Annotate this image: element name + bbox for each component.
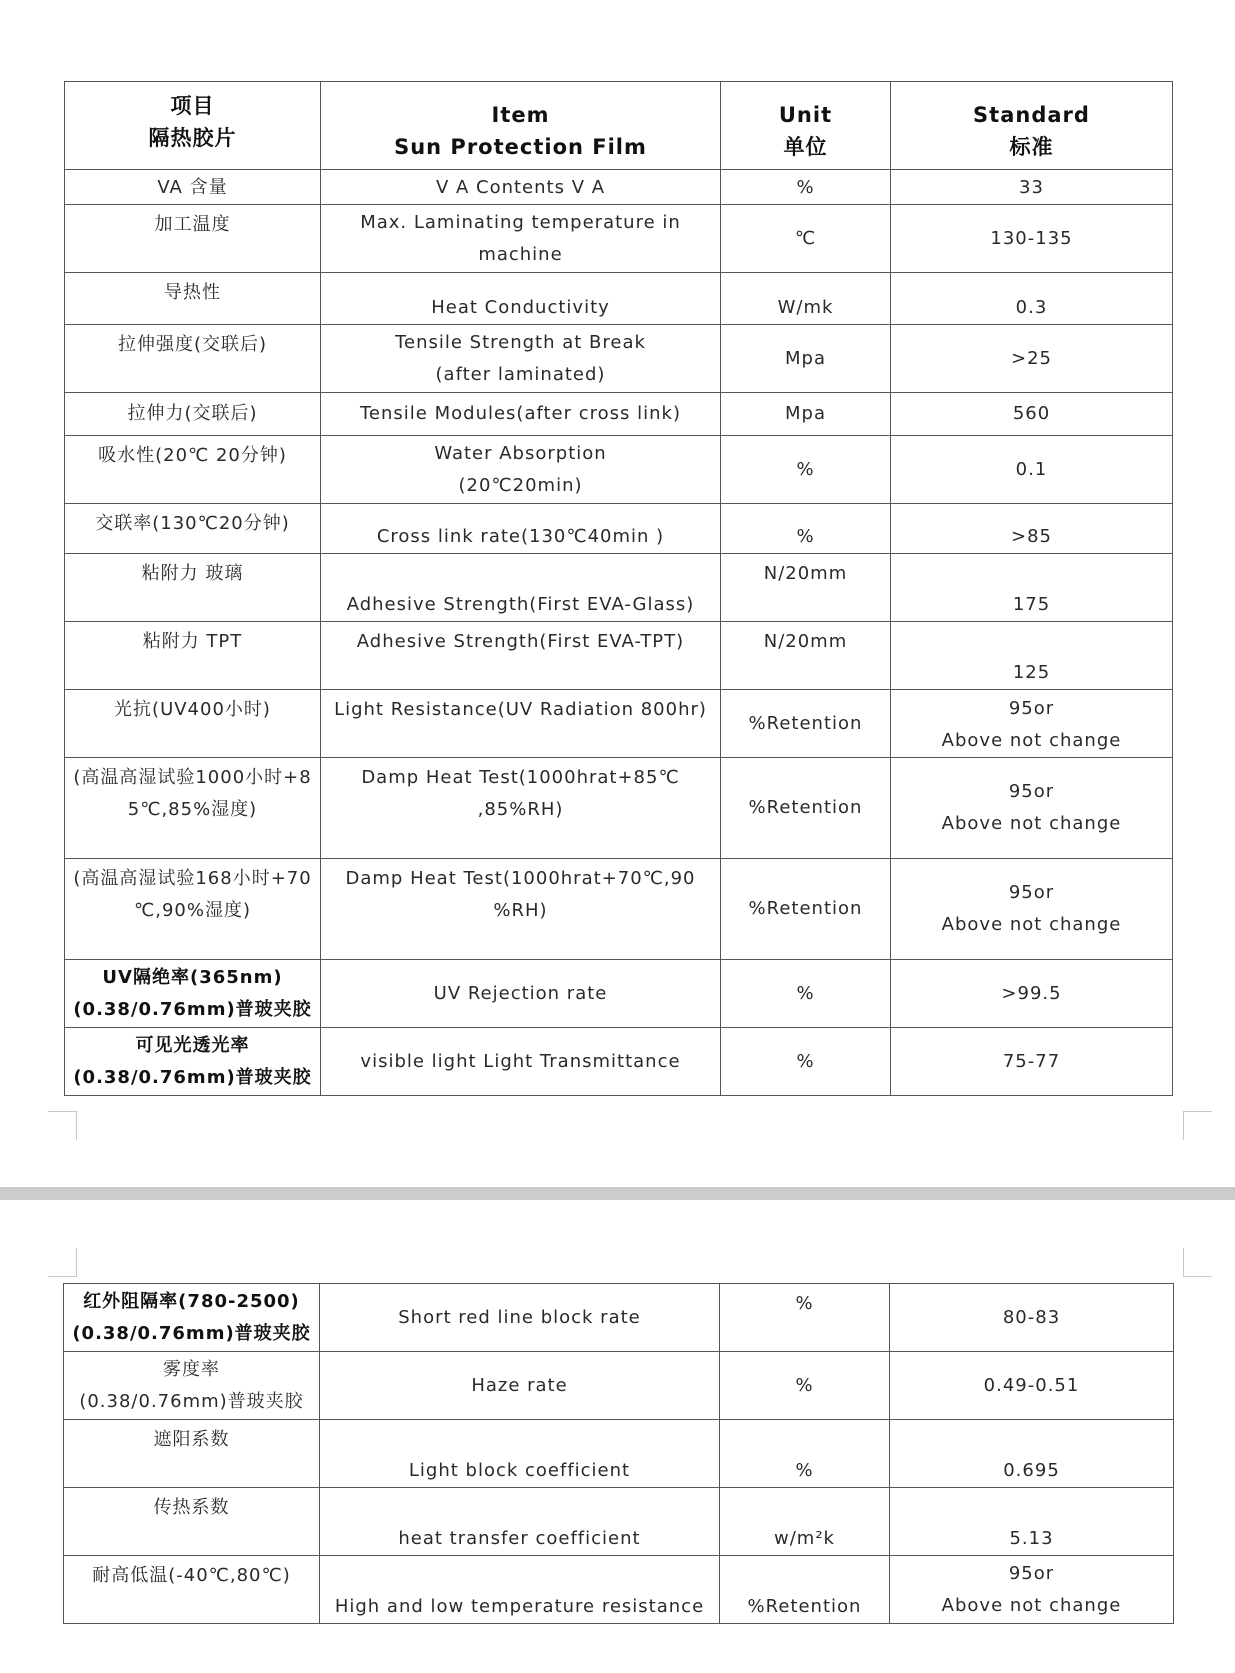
cell-unit: N/20mm xyxy=(721,554,891,622)
cell-std: 95or Above not change xyxy=(890,1556,1174,1624)
table-row: 拉伸强度(交联后) Tensile Strength at Break (aft… xyxy=(65,325,1173,393)
page-corner-mark xyxy=(48,1111,77,1140)
cell-en: V A Contents V A xyxy=(321,170,721,205)
table-row: 可见光透光率 (0.38/0.76mm)普玻夹胶 visible light L… xyxy=(65,1028,1173,1096)
cell-unit: w/m²k xyxy=(720,1488,890,1556)
cell-unit: Mpa xyxy=(721,393,891,436)
table-row: 吸水性(20℃ 20分钟) Water Absorption (20℃20min… xyxy=(65,436,1173,504)
cell-cn: 粘附力 TPT xyxy=(65,622,321,690)
cell-std: >25 xyxy=(891,325,1173,393)
cell-std: 95or Above not change xyxy=(891,859,1173,960)
cell-unit: % xyxy=(721,1028,891,1096)
spec-table-page-1: 项目 隔热胶片 Item Sun Protection Film Unit 单位… xyxy=(64,81,1173,1096)
header-item-cn: 项目 隔热胶片 xyxy=(65,82,321,170)
cell-unit: % xyxy=(720,1420,890,1488)
spec-table-page-2: 红外阻隔率(780-2500) (0.38/0.76mm)普玻夹胶 Short … xyxy=(63,1283,1174,1624)
table-row: 雾度率 (0.38/0.76mm)普玻夹胶 Haze rate % 0.49-0… xyxy=(64,1352,1174,1420)
cell-cn: 交联率(130℃20分钟) xyxy=(65,504,321,554)
cell-unit: Mpa xyxy=(721,325,891,393)
cell-en: Tensile Strength at Break (after laminat… xyxy=(321,325,721,393)
page-separator xyxy=(0,1187,1235,1200)
cell-en: Light Resistance(UV Radiation 800hr) xyxy=(321,690,721,758)
cell-cn: 遮阳系数 xyxy=(64,1420,320,1488)
cell-std: 80-83 xyxy=(890,1284,1174,1352)
cell-cn: 光抗(UV400小时) xyxy=(65,690,321,758)
header-standard: Standard 标准 xyxy=(891,82,1173,170)
cell-en: High and low temperature resistance xyxy=(320,1556,720,1624)
cell-unit: %Retention xyxy=(721,859,891,960)
cell-cn: UV隔绝率(365nm) (0.38/0.76mm)普玻夹胶 xyxy=(65,960,321,1028)
table-row: 粘附力 玻璃 Adhesive Strength(First EVA-Glass… xyxy=(65,554,1173,622)
cell-en: Cross link rate(130℃40min ) xyxy=(321,504,721,554)
cell-unit: % xyxy=(720,1284,890,1352)
table-row: 红外阻隔率(780-2500) (0.38/0.76mm)普玻夹胶 Short … xyxy=(64,1284,1174,1352)
table-row: (高温高湿试验168小时+70 ℃,90%湿度) Damp Heat Test(… xyxy=(65,859,1173,960)
cell-cn: (高温高湿试验1000小时+8 5℃,85%湿度) xyxy=(65,758,321,859)
table-row: 粘附力 TPT Adhesive Strength(First EVA-TPT)… xyxy=(65,622,1173,690)
header-item-en: Item Sun Protection Film xyxy=(321,82,721,170)
table-row: 交联率(130℃20分钟) Cross link rate(130℃40min … xyxy=(65,504,1173,554)
cell-unit: % xyxy=(721,960,891,1028)
cell-unit: % xyxy=(720,1352,890,1420)
table-row: (高温高湿试验1000小时+8 5℃,85%湿度) Damp Heat Test… xyxy=(65,758,1173,859)
cell-std: 95or Above not change xyxy=(891,758,1173,859)
page-corner-mark xyxy=(1183,1248,1212,1277)
cell-unit: N/20mm xyxy=(721,622,891,690)
cell-unit: W/mk xyxy=(721,273,891,325)
cell-unit: %Retention xyxy=(721,690,891,758)
cell-std: 95or Above not change xyxy=(891,690,1173,758)
cell-en: UV Rejection rate xyxy=(321,960,721,1028)
table-row: 耐高低温(-40℃,80℃) High and low temperature … xyxy=(64,1556,1174,1624)
cell-en: Adhesive Strength(First EVA-TPT) xyxy=(321,622,721,690)
cell-cn: (高温高湿试验168小时+70 ℃,90%湿度) xyxy=(65,859,321,960)
cell-std: >85 xyxy=(891,504,1173,554)
cell-en: Damp Heat Test(1000hrat+70℃,90 %RH) xyxy=(321,859,721,960)
cell-std: 0.1 xyxy=(891,436,1173,504)
cell-cn: 加工温度 xyxy=(65,205,321,273)
cell-en: Max. Laminating temperature in machine xyxy=(321,205,721,273)
cell-en: Short red line block rate xyxy=(320,1284,720,1352)
cell-en: heat transfer coefficient xyxy=(320,1488,720,1556)
cell-std: 130-135 xyxy=(891,205,1173,273)
cell-std: 175 xyxy=(891,554,1173,622)
cell-std: 125 xyxy=(891,622,1173,690)
cell-std: 0.695 xyxy=(890,1420,1174,1488)
cell-cn: 吸水性(20℃ 20分钟) xyxy=(65,436,321,504)
cell-unit: % xyxy=(721,436,891,504)
header-unit: Unit 单位 xyxy=(721,82,891,170)
cell-cn: 导热性 xyxy=(65,273,321,325)
cell-en: Haze rate xyxy=(320,1352,720,1420)
cell-cn: VA 含量 xyxy=(65,170,321,205)
cell-std: 0.3 xyxy=(891,273,1173,325)
table-row: 遮阳系数 Light block coefficient % 0.695 xyxy=(64,1420,1174,1488)
cell-unit: %Retention xyxy=(721,758,891,859)
cell-std: 0.49-0.51 xyxy=(890,1352,1174,1420)
cell-cn: 传热系数 xyxy=(64,1488,320,1556)
cell-cn: 拉伸力(交联后) xyxy=(65,393,321,436)
cell-unit: % xyxy=(721,170,891,205)
cell-unit: ℃ xyxy=(721,205,891,273)
cell-std: 560 xyxy=(891,393,1173,436)
table-row: 加工温度 Max. Laminating temperature in mach… xyxy=(65,205,1173,273)
table-row: UV隔绝率(365nm) (0.38/0.76mm)普玻夹胶 UV Reject… xyxy=(65,960,1173,1028)
table-header-row: 项目 隔热胶片 Item Sun Protection Film Unit 单位… xyxy=(65,82,1173,170)
table-row: VA 含量 V A Contents V A % 33 xyxy=(65,170,1173,205)
cell-en: Water Absorption (20℃20min) xyxy=(321,436,721,504)
cell-en: Damp Heat Test(1000hrat+85℃ ,85%RH) xyxy=(321,758,721,859)
cell-en: Heat Conductivity xyxy=(321,273,721,325)
cell-cn: 雾度率 (0.38/0.76mm)普玻夹胶 xyxy=(64,1352,320,1420)
cell-unit: % xyxy=(721,504,891,554)
cell-std: >99.5 xyxy=(891,960,1173,1028)
table-row: 光抗(UV400小时) Light Resistance(UV Radiatio… xyxy=(65,690,1173,758)
page-corner-mark xyxy=(48,1248,77,1277)
cell-std: 75-77 xyxy=(891,1028,1173,1096)
cell-cn: 红外阻隔率(780-2500) (0.38/0.76mm)普玻夹胶 xyxy=(64,1284,320,1352)
cell-cn: 耐高低温(-40℃,80℃) xyxy=(64,1556,320,1624)
cell-en: Adhesive Strength(First EVA-Glass) xyxy=(321,554,721,622)
table-row: 传热系数 heat transfer coefficient w/m²k 5.1… xyxy=(64,1488,1174,1556)
table-row: 导热性 Heat Conductivity W/mk 0.3 xyxy=(65,273,1173,325)
table-row: 拉伸力(交联后) Tensile Modules(after cross lin… xyxy=(65,393,1173,436)
page-corner-mark xyxy=(1183,1111,1212,1140)
cell-en: Tensile Modules(after cross link) xyxy=(321,393,721,436)
cell-cn: 粘附力 玻璃 xyxy=(65,554,321,622)
cell-cn: 可见光透光率 (0.38/0.76mm)普玻夹胶 xyxy=(65,1028,321,1096)
cell-en: Light block coefficient xyxy=(320,1420,720,1488)
cell-std: 5.13 xyxy=(890,1488,1174,1556)
cell-en: visible light Light Transmittance xyxy=(321,1028,721,1096)
cell-unit: %Retention xyxy=(720,1556,890,1624)
cell-cn: 拉伸强度(交联后) xyxy=(65,325,321,393)
cell-std: 33 xyxy=(891,170,1173,205)
